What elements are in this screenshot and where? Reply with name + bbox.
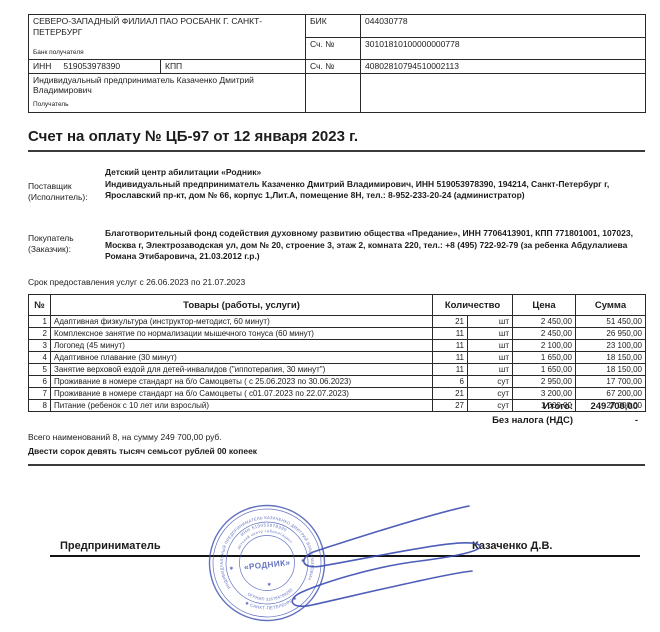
item-num: 2 bbox=[29, 328, 51, 340]
stamp-star-bottom: ✱ bbox=[267, 582, 272, 587]
table-row: ИНН519053978390 КПП Сч. № 40802810794510… bbox=[29, 60, 646, 74]
signature-line bbox=[50, 555, 640, 557]
item-name: Занятие верховой ездой для детей-инвалид… bbox=[51, 364, 433, 376]
table-row: 3Логопед (45 минут)11шт2 100,0023 100,00 bbox=[29, 340, 646, 352]
stamp-inn-text: ИНН 519053978390 bbox=[239, 520, 289, 537]
item-name: Логопед (45 минут) bbox=[51, 340, 433, 352]
item-name: Адаптивная физкультура (инструктор-метод… bbox=[51, 316, 433, 328]
item-price: 2 950,00 bbox=[513, 376, 576, 388]
tax-row: Без налога (НДС) - bbox=[28, 415, 638, 426]
supplier-label-line1: Поставщик bbox=[28, 181, 105, 192]
stamp-inner-ring-text: детский центр «абилитации» bbox=[235, 526, 294, 550]
item-price: 1 650,00 bbox=[513, 352, 576, 364]
total-value: 249 700,00 bbox=[573, 401, 638, 412]
buyer-block: Покупатель (Заказчик): Благотворительный… bbox=[28, 228, 645, 263]
item-price: 2 450,00 bbox=[513, 316, 576, 328]
item-qty: 11 bbox=[433, 340, 468, 352]
item-price: 2 100,00 bbox=[513, 340, 576, 352]
tax-value: - bbox=[573, 415, 638, 426]
item-price: 3 200,00 bbox=[513, 388, 576, 400]
col-header-price: Цена bbox=[513, 295, 576, 316]
buyer-label-line2: (Заказчик): bbox=[28, 244, 105, 255]
item-unit: сут bbox=[468, 388, 513, 400]
table-row: 2Комплексное занятие по нормализации мыш… bbox=[29, 328, 646, 340]
supplier-block: Поставщик (Исполнитель): Детский центр а… bbox=[28, 167, 645, 203]
signatory-role: Предприниматель bbox=[60, 540, 161, 552]
buyer-label: Покупатель (Заказчик): bbox=[28, 228, 105, 263]
round-stamp: ИНДИВИДУАЛЬНЫЙ ПРЕДПРИНИМАТЕЛЬ КАЗАЧЕНКО… bbox=[204, 500, 330, 626]
item-sum: 51 450,00 bbox=[576, 316, 646, 328]
item-unit: шт bbox=[468, 364, 513, 376]
buyer-label-line1: Покупатель bbox=[28, 233, 105, 244]
amount-in-words: Двести сорок девять тысяч семьсот рублей… bbox=[28, 446, 257, 456]
page-title: Счет на оплату № ЦБ-97 от 12 января 2023… bbox=[28, 128, 358, 145]
item-unit: шт bbox=[468, 352, 513, 364]
kpp-label: КПП bbox=[165, 61, 182, 71]
bank-requisites-table: СЕВЕРО-ЗАПАДНЫЙ ФИЛИАЛ ПАО РОСБАНК Г. СА… bbox=[28, 14, 646, 113]
item-sum: 18 150,00 bbox=[576, 364, 646, 376]
signatory-name: Казаченко Д.В. bbox=[472, 540, 552, 552]
col-header-num: № bbox=[29, 295, 51, 316]
receiver-caption: Получатель bbox=[33, 100, 69, 111]
item-sum: 18 150,00 bbox=[576, 352, 646, 364]
item-sum: 17 700,00 bbox=[576, 376, 646, 388]
tax-label: Без налога (НДС) bbox=[28, 415, 573, 426]
table-row: 4Адаптивное плавание (30 минут)11шт1 650… bbox=[29, 352, 646, 364]
items-count-line: Всего наименований 8, на сумму 249 700,0… bbox=[28, 432, 222, 442]
item-sum: 23 100,00 bbox=[576, 340, 646, 352]
receiver-cell: Индивидуальный предприниматель Казаченко… bbox=[29, 73, 306, 112]
item-price: 1 650,00 bbox=[513, 364, 576, 376]
empty-cell bbox=[361, 73, 646, 112]
empty-cell bbox=[306, 73, 361, 112]
col-header-name: Товары (работы, услуги) bbox=[51, 295, 433, 316]
stamp-star-left: ✱ bbox=[229, 566, 234, 571]
receiver-name: Индивидуальный предприниматель Казаченко… bbox=[33, 75, 301, 96]
item-unit: шт bbox=[468, 328, 513, 340]
corr-account-value: 30101810100000000778 bbox=[361, 37, 646, 60]
service-period: Срок предоставления услуг с 26.06.2023 п… bbox=[28, 277, 245, 287]
total-label: Итого: bbox=[28, 401, 573, 412]
supplier-name: Детский центр абилитации «Родник» bbox=[105, 167, 645, 179]
bank-name-caption: Банк получателя bbox=[33, 48, 84, 59]
item-qty: 21 bbox=[433, 316, 468, 328]
item-unit: сут bbox=[468, 376, 513, 388]
inn-cell: ИНН519053978390 bbox=[29, 60, 161, 74]
item-unit: шт bbox=[468, 340, 513, 352]
item-unit: шт bbox=[468, 316, 513, 328]
item-num: 7 bbox=[29, 388, 51, 400]
col-header-qty: Количество bbox=[433, 295, 513, 316]
inn-value: 519053978390 bbox=[63, 61, 120, 71]
item-num: 5 bbox=[29, 364, 51, 376]
supplier-details: Детский центр абилитации «Родник» Индиви… bbox=[105, 167, 645, 203]
item-name: Комплексное занятие по нормализации мыше… bbox=[51, 328, 433, 340]
bottom-divider bbox=[28, 464, 645, 466]
table-row: Индивидуальный предприниматель Казаченко… bbox=[29, 73, 646, 112]
item-qty: 11 bbox=[433, 328, 468, 340]
item-sum: 26 950,00 bbox=[576, 328, 646, 340]
invoice-page: СЕВЕРО-ЗАПАДНЫЙ ФИЛИАЛ ПАО РОСБАНК Г. СА… bbox=[0, 0, 660, 632]
kpp-cell: КПП bbox=[161, 60, 306, 74]
corr-account-label: Сч. № bbox=[306, 37, 361, 60]
items-table: № Товары (работы, услуги) Количество Цен… bbox=[28, 294, 646, 412]
item-qty: 11 bbox=[433, 364, 468, 376]
total-row: Итого: 249 700,00 bbox=[28, 401, 638, 412]
supplier-address: Индивидуальный предприниматель Казаченко… bbox=[105, 179, 645, 202]
item-name: Адаптивное плавание (30 минут) bbox=[51, 352, 433, 364]
col-header-sum: Сумма bbox=[576, 295, 646, 316]
supplier-label-line2: (Исполнитель): bbox=[28, 192, 105, 203]
item-qty: 21 bbox=[433, 388, 468, 400]
item-name: Проживание в номере стандарт на б/о Само… bbox=[51, 376, 433, 388]
table-row: 7Проживание в номере стандарт на б/о Сам… bbox=[29, 388, 646, 400]
stamp-city-text: ✱ САНКТ-ПЕТЕРБУРГ ✱ bbox=[244, 595, 299, 613]
item-qty: 11 bbox=[433, 352, 468, 364]
bank-name: СЕВЕРО-ЗАПАДНЫЙ ФИЛИАЛ ПАО РОСБАНК Г. СА… bbox=[33, 16, 301, 37]
items-header-row: № Товары (работы, услуги) Количество Цен… bbox=[29, 295, 646, 316]
bik-value: 044030778 bbox=[361, 15, 646, 38]
stamp-star-right: ✱ bbox=[301, 558, 306, 563]
item-price: 2 450,00 bbox=[513, 328, 576, 340]
item-qty: 6 bbox=[433, 376, 468, 388]
inn-label: ИНН bbox=[33, 61, 51, 71]
item-num: 4 bbox=[29, 352, 51, 364]
bik-label: БИК bbox=[306, 15, 361, 38]
supplier-label: Поставщик (Исполнитель): bbox=[28, 167, 105, 203]
item-num: 3 bbox=[29, 340, 51, 352]
stamp-outer-text: ИНДИВИДУАЛЬНЫЙ ПРЕДПРИНИМАТЕЛЬ КАЗАЧЕНКО… bbox=[214, 510, 317, 590]
stamp-center-text: «РОДНИК» bbox=[244, 558, 291, 572]
table-row: СЕВЕРО-ЗАПАДНЫЙ ФИЛИАЛ ПАО РОСБАНК Г. СА… bbox=[29, 15, 646, 38]
payment-account-value: 40802810794510002113 bbox=[361, 60, 646, 74]
table-row: 6Проживание в номере стандарт на б/о Сам… bbox=[29, 376, 646, 388]
item-sum: 67 200,00 bbox=[576, 388, 646, 400]
table-row: 1Адаптивная физкультура (инструктор-мето… bbox=[29, 316, 646, 328]
table-row: 5Занятие верховой ездой для детей-инвали… bbox=[29, 364, 646, 376]
item-num: 6 bbox=[29, 376, 51, 388]
buyer-address: Благотворительный фонд содействия духовн… bbox=[105, 228, 645, 263]
buyer-details: Благотворительный фонд содействия духовн… bbox=[105, 228, 645, 263]
payment-account-label: Сч. № bbox=[306, 60, 361, 74]
stamp-ogrnip-text: ОГРНИП 316784709295 bbox=[246, 587, 295, 604]
title-divider bbox=[28, 150, 645, 152]
item-num: 1 bbox=[29, 316, 51, 328]
item-name: Проживание в номере стандарт на б/о Само… bbox=[51, 388, 433, 400]
bank-name-cell: СЕВЕРО-ЗАПАДНЫЙ ФИЛИАЛ ПАО РОСБАНК Г. СА… bbox=[29, 15, 306, 60]
